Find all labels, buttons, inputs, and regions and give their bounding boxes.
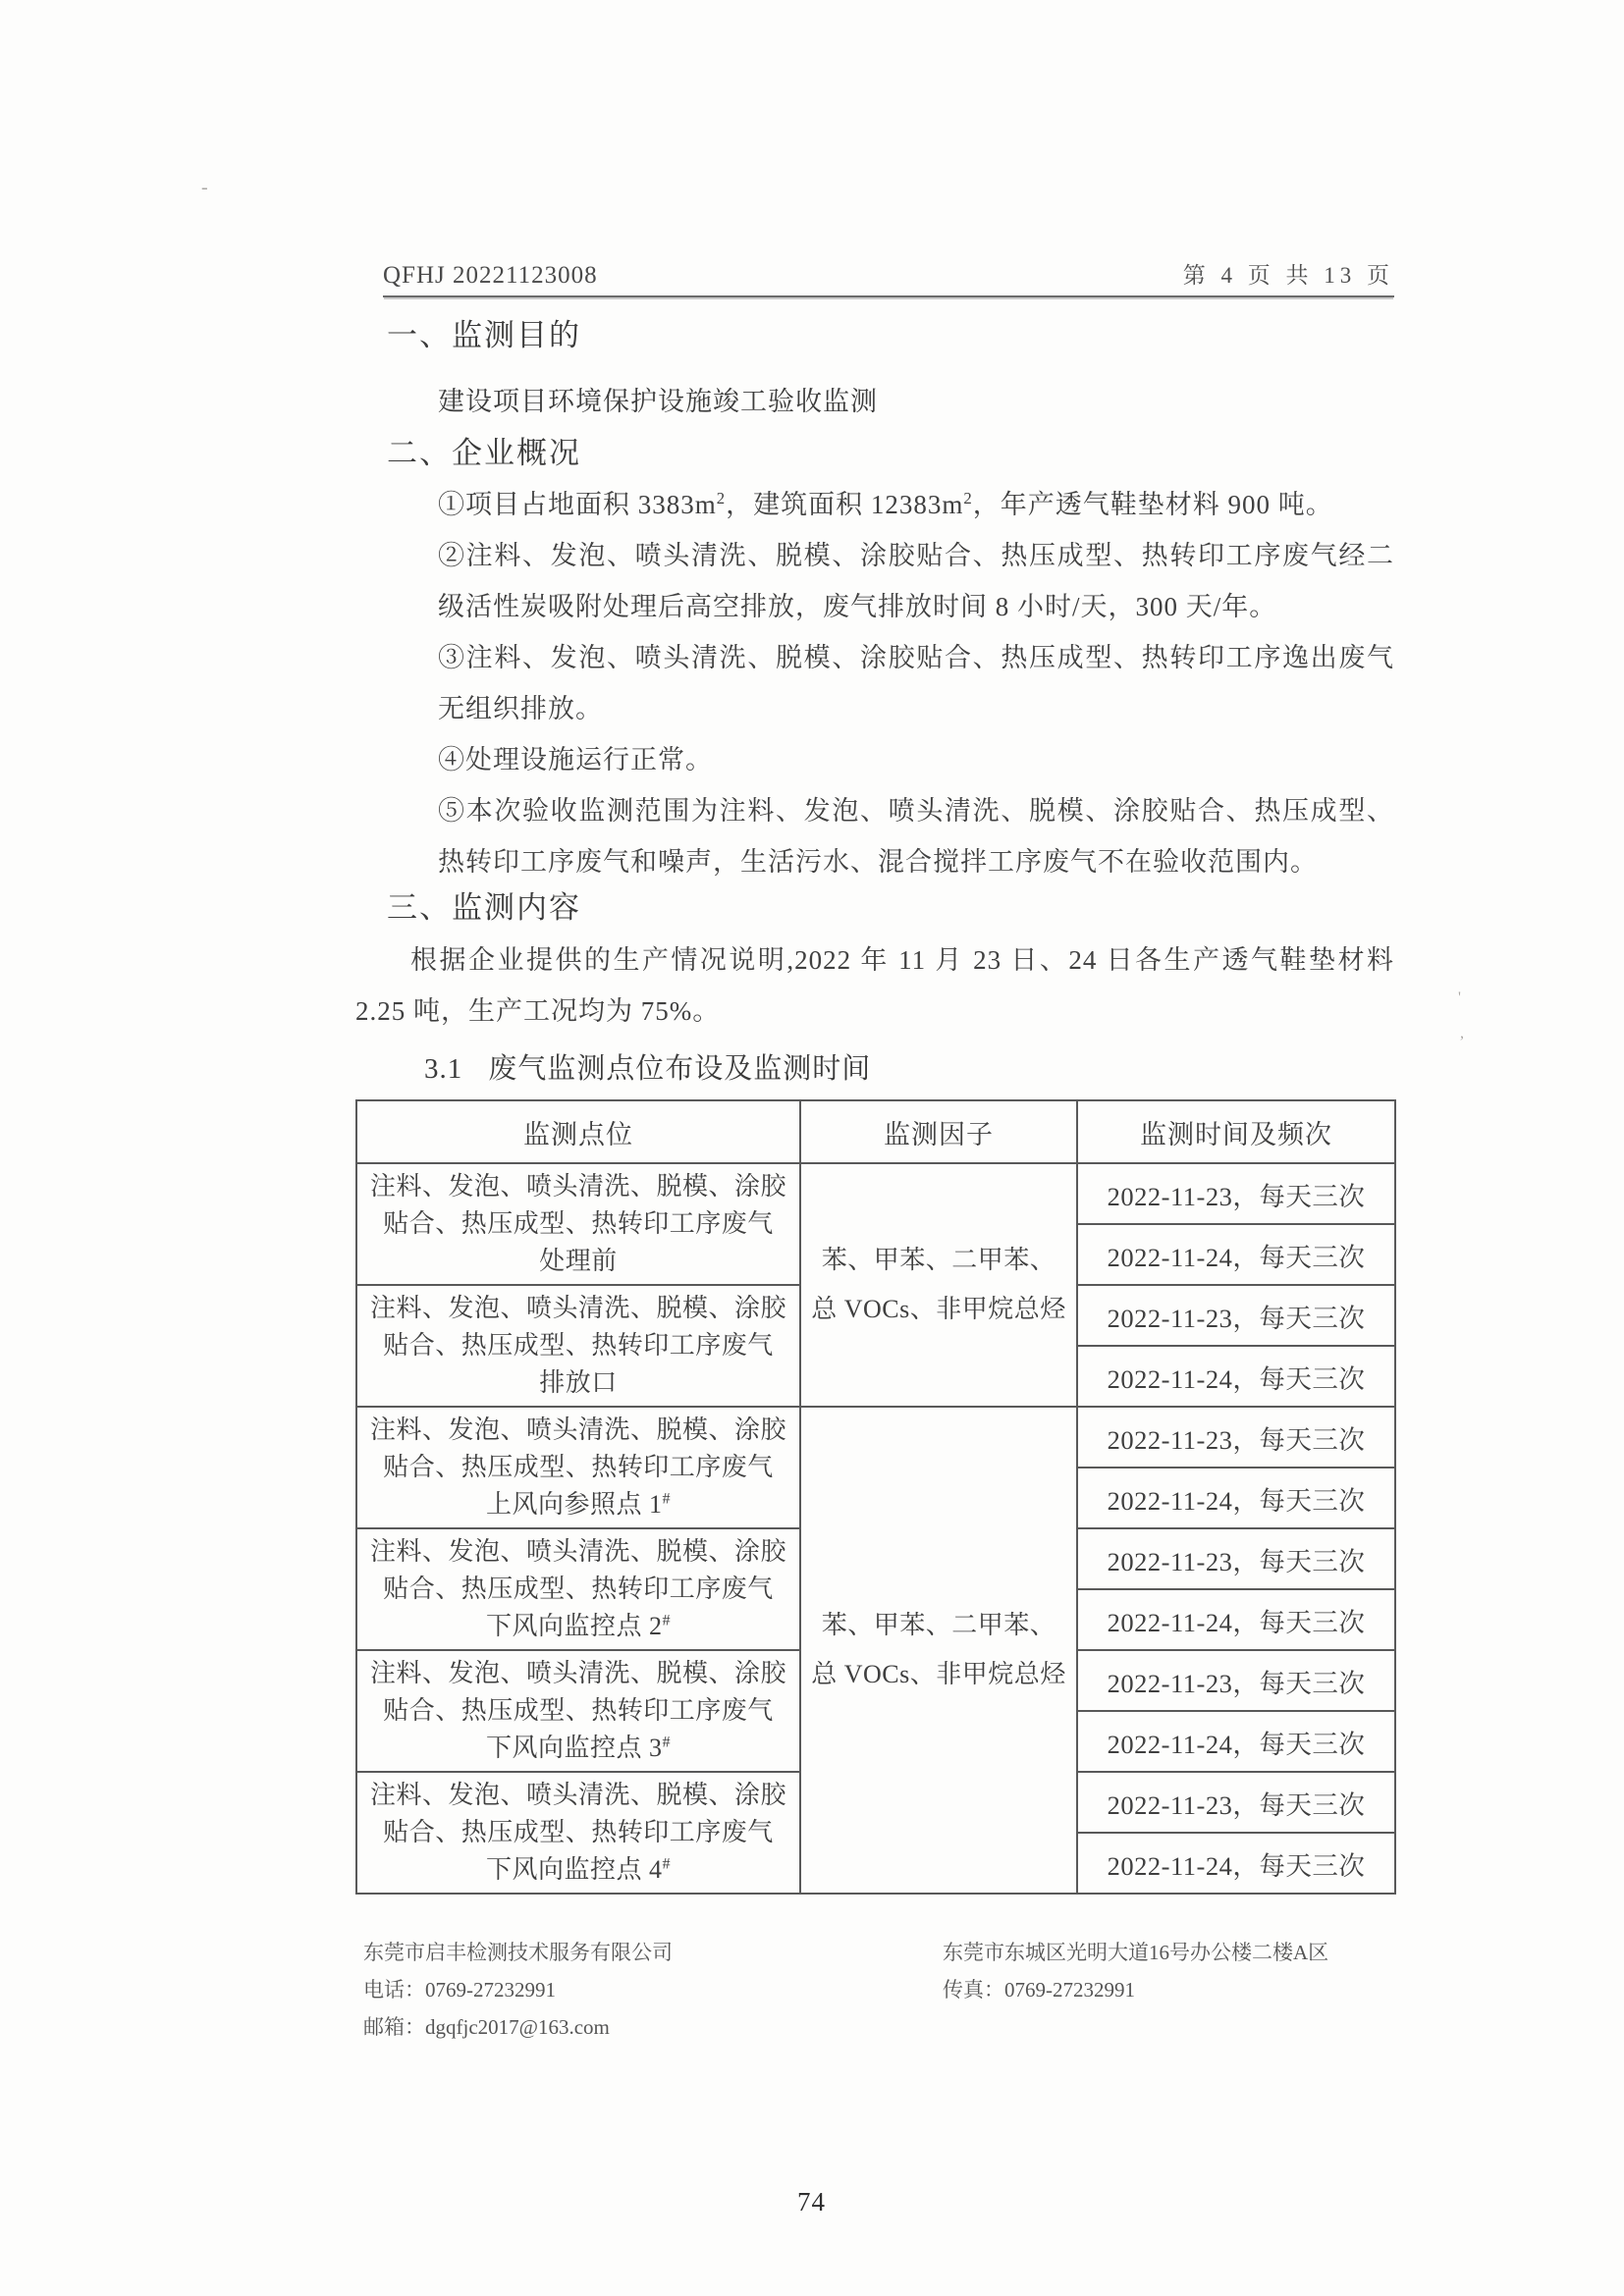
column-header-point: 监测点位 bbox=[356, 1100, 800, 1163]
overview-item-3: ③注料、发泡、喷头清洗、脱模、涂胶贴合、热压成型、热转印工序逸出废气无组织排放。 bbox=[438, 632, 1394, 734]
time-cell: 2022-11-24，每天三次 bbox=[1077, 1224, 1395, 1285]
section-1-body: 建设项目环境保护设施竣工验收监测 bbox=[438, 376, 1394, 427]
footer-company: 东莞市启丰检测技术服务有限公司 bbox=[363, 1934, 943, 1971]
point-cell-2: 注料、发泡、喷头清洗、脱模、涂胶 贴合、热压成型、热转印工序废气 排放口 bbox=[356, 1285, 800, 1407]
page-indicator: 第 4 页 共 13 页 bbox=[1183, 257, 1394, 290]
point-cell-4: 注料、发泡、喷头清洗、脱模、涂胶 贴合、热压成型、热转印工序废气 下风向监控点 … bbox=[356, 1528, 800, 1650]
point-line-text: 下风向监控点 2 bbox=[486, 1612, 663, 1640]
point-line-text: 排放口 bbox=[539, 1368, 618, 1397]
time-cell: 2022-11-23，每天三次 bbox=[1077, 1285, 1395, 1346]
point-line: 注料、发泡、喷头清洗、脱模、涂胶 bbox=[363, 1777, 793, 1814]
time-cell: 2022-11-24，每天三次 bbox=[1077, 1833, 1395, 1894]
subsection-number: 3.1 bbox=[424, 1053, 462, 1085]
point-line: 排放口 bbox=[363, 1364, 793, 1402]
point-line-text: 下风向监控点 4 bbox=[486, 1855, 663, 1884]
section-heading-1: 一、监测目的 bbox=[387, 315, 1394, 356]
point-line: 贴合、热压成型、热转印工序废气 bbox=[363, 1205, 793, 1243]
overview-item-1-text: ，年产透气鞋垫材料 900 吨。 bbox=[973, 490, 1333, 519]
scan-artifact: ' bbox=[1458, 989, 1461, 1007]
section-2-items: ①项目占地面积 3383m2，建筑面积 12383m2，年产透气鞋垫材料 900… bbox=[438, 479, 1394, 887]
superscript: # bbox=[662, 1490, 671, 1507]
factor-line: 苯、甲苯、二甲苯、 bbox=[807, 1236, 1070, 1285]
superscript: 2 bbox=[963, 489, 972, 507]
superscript: # bbox=[662, 1612, 671, 1629]
time-cell: 2022-11-23，每天三次 bbox=[1077, 1528, 1395, 1589]
point-line: 注料、发泡、喷头清洗、脱模、涂胶 bbox=[363, 1533, 793, 1571]
point-line: 注料、发泡、喷头清洗、脱模、涂胶 bbox=[363, 1168, 793, 1205]
page-footer: 东莞市启丰检测技术服务有限公司 电话：0769-27232991 邮箱：dgqf… bbox=[363, 1934, 1394, 2046]
footer-left-block: 东莞市启丰检测技术服务有限公司 电话：0769-27232991 邮箱：dgqf… bbox=[363, 1934, 943, 2046]
footer-fax: 传真：0769-27232991 bbox=[943, 1971, 1394, 2008]
overview-item-1-text: ①项目占地面积 3383m bbox=[438, 490, 717, 519]
factor-line: 苯、甲苯、二甲苯、 bbox=[807, 1601, 1070, 1650]
point-cell-1: 注料、发泡、喷头清洗、脱模、涂胶 贴合、热压成型、热转印工序废气 处理前 bbox=[356, 1163, 800, 1285]
factor-cell-group-1: 苯、甲苯、二甲苯、 总 VOCs、非甲烷总烃 bbox=[800, 1163, 1077, 1407]
point-line: 注料、发泡、喷头清洗、脱模、涂胶 bbox=[363, 1412, 793, 1449]
point-line: 下风向监控点 4# bbox=[363, 1851, 793, 1889]
point-line: 下风向监控点 2# bbox=[363, 1608, 793, 1645]
table-header-row: 监测点位 监测因子 监测时间及频次 bbox=[356, 1100, 1395, 1163]
page-header: QFHJ 20221123008 第 4 页 共 13 页 bbox=[383, 257, 1394, 297]
column-header-time: 监测时间及频次 bbox=[1077, 1100, 1395, 1163]
subsection-title: 废气监测点位布设及监测时间 bbox=[488, 1053, 871, 1085]
section-3-body: 根据企业提供的生产情况说明,2022 年 11 月 23 日、24 日各生产透气… bbox=[355, 934, 1394, 1037]
point-line-text: 处理前 bbox=[539, 1247, 618, 1275]
point-line: 处理前 bbox=[363, 1243, 793, 1280]
factor-cell-group-2: 苯、甲苯、二甲苯、 总 VOCs、非甲烷总烃 bbox=[800, 1407, 1077, 1894]
superscript: # bbox=[662, 1855, 671, 1872]
point-line: 贴合、热压成型、热转印工序废气 bbox=[363, 1814, 793, 1851]
point-cell-3: 注料、发泡、喷头清洗、脱模、涂胶 贴合、热压成型、热转印工序废气 上风向参照点 … bbox=[356, 1407, 800, 1528]
overview-item-1: ①项目占地面积 3383m2，建筑面积 12383m2，年产透气鞋垫材料 900… bbox=[438, 479, 1394, 530]
page-content: QFHJ 20221123008 第 4 页 共 13 页 一、监测目的 建设项… bbox=[355, 257, 1394, 2046]
time-cell: 2022-11-24，每天三次 bbox=[1077, 1468, 1395, 1528]
point-cell-5: 注料、发泡、喷头清洗、脱模、涂胶 贴合、热压成型、热转印工序废气 下风向监控点 … bbox=[356, 1650, 800, 1772]
time-cell: 2022-11-23，每天三次 bbox=[1077, 1163, 1395, 1224]
time-cell: 2022-11-24，每天三次 bbox=[1077, 1346, 1395, 1407]
time-cell: 2022-11-23，每天三次 bbox=[1077, 1650, 1395, 1711]
footer-address: 东莞市东城区光明大道16号办公楼二楼A区 bbox=[943, 1934, 1394, 1971]
factor-line: 总 VOCs、非甲烷总烃 bbox=[807, 1650, 1070, 1699]
superscript: 2 bbox=[717, 489, 726, 507]
factor-line: 总 VOCs、非甲烷总烃 bbox=[807, 1285, 1070, 1334]
overview-item-1-text: ，建筑面积 12383m bbox=[726, 490, 963, 519]
point-line: 贴合、热压成型、热转印工序废气 bbox=[363, 1692, 793, 1730]
monitoring-table: 监测点位 监测因子 监测时间及频次 注料、发泡、喷头清洗、脱模、涂胶 贴合、热压… bbox=[355, 1099, 1396, 1895]
point-line: 贴合、热压成型、热转印工序废气 bbox=[363, 1571, 793, 1608]
overview-item-4: ④处理设施运行正常。 bbox=[438, 734, 1394, 785]
document-page: - ' , QFHJ 20221123008 第 4 页 共 13 页 一、监测… bbox=[0, 0, 1624, 2296]
overview-item-5: ⑤本次验收监测范围为注料、发泡、喷头清洗、脱模、涂胶贴合、热压成型、热转印工序废… bbox=[438, 785, 1394, 887]
time-cell: 2022-11-23，每天三次 bbox=[1077, 1772, 1395, 1833]
table-row: 注料、发泡、喷头清洗、脱模、涂胶 贴合、热压成型、热转印工序废气 处理前 苯、甲… bbox=[356, 1163, 1395, 1224]
page-number: 74 bbox=[797, 2187, 826, 2217]
footer-phone: 电话：0769-27232991 bbox=[363, 1971, 943, 2008]
time-cell: 2022-11-24，每天三次 bbox=[1077, 1589, 1395, 1650]
point-line: 注料、发泡、喷头清洗、脱模、涂胶 bbox=[363, 1655, 793, 1692]
superscript: # bbox=[662, 1734, 671, 1750]
point-line: 贴合、热压成型、热转印工序废气 bbox=[363, 1449, 793, 1486]
point-line: 贴合、热压成型、热转印工序废气 bbox=[363, 1327, 793, 1364]
time-cell: 2022-11-23，每天三次 bbox=[1077, 1407, 1395, 1468]
section-heading-3: 三、监测内容 bbox=[387, 887, 1394, 929]
document-number: QFHJ 20221123008 bbox=[383, 262, 598, 290]
point-line-text: 下风向监控点 3 bbox=[486, 1734, 663, 1762]
time-cell: 2022-11-24，每天三次 bbox=[1077, 1711, 1395, 1772]
table-row: 注料、发泡、喷头清洗、脱模、涂胶 贴合、热压成型、热转印工序废气 上风向参照点 … bbox=[356, 1407, 1395, 1468]
point-line-text: 上风向参照点 1 bbox=[486, 1490, 663, 1519]
overview-item-2: ②注料、发泡、喷头清洗、脱模、涂胶贴合、热压成型、热转印工序废气经二级活性炭吸附… bbox=[438, 530, 1394, 632]
footer-right-block: 东莞市东城区光明大道16号办公楼二楼A区 传真：0769-27232991 bbox=[943, 1934, 1394, 2046]
section-heading-2: 二、企业概况 bbox=[387, 433, 1394, 474]
point-cell-6: 注料、发泡、喷头清洗、脱模、涂胶 贴合、热压成型、热转印工序废气 下风向监控点 … bbox=[356, 1772, 800, 1894]
column-header-factor: 监测因子 bbox=[800, 1100, 1077, 1163]
footer-email: 邮箱：dgqfjc2017@163.com bbox=[363, 2008, 943, 2046]
subsection-heading-3-1: 3.1废气监测点位布设及监测时间 bbox=[424, 1046, 1394, 1092]
point-line: 上风向参照点 1# bbox=[363, 1486, 793, 1523]
scan-artifact: - bbox=[201, 177, 208, 199]
point-line: 下风向监控点 3# bbox=[363, 1730, 793, 1767]
point-line: 注料、发泡、喷头清洗、脱模、涂胶 bbox=[363, 1290, 793, 1327]
scan-artifact: , bbox=[1460, 1025, 1464, 1042]
